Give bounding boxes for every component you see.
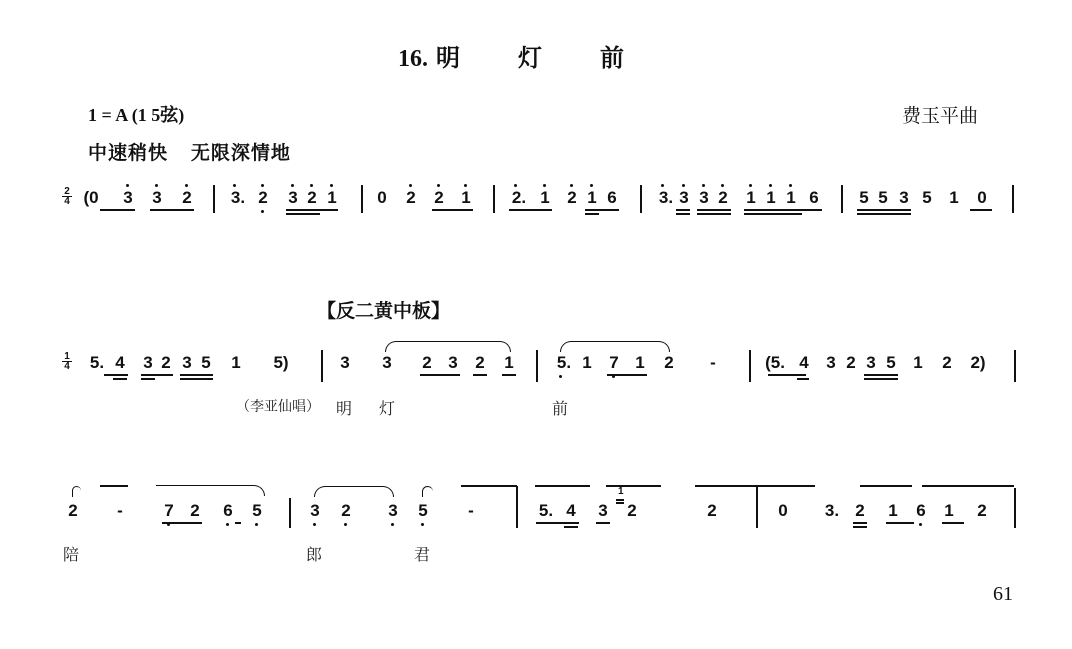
composer-credit: 费玉平曲 xyxy=(902,101,978,128)
note: 1 xyxy=(784,188,798,208)
underline xyxy=(100,209,135,211)
underline xyxy=(150,209,194,211)
note: 5. xyxy=(536,501,556,521)
tie-line xyxy=(100,485,128,487)
slur xyxy=(385,341,511,352)
underline xyxy=(564,526,578,528)
page-number: 61 xyxy=(993,583,1013,606)
underline xyxy=(864,374,898,376)
note: 1 xyxy=(502,353,516,373)
note: 6 xyxy=(221,501,235,521)
note: 3 xyxy=(150,188,164,208)
note: 2 xyxy=(705,501,719,521)
note: 1 xyxy=(886,501,900,521)
underline xyxy=(141,374,173,376)
note: 2 xyxy=(853,501,867,521)
note: 5 xyxy=(416,501,430,521)
note: 5 xyxy=(250,501,264,521)
note: 4 xyxy=(797,353,811,373)
note: 2 xyxy=(188,501,202,521)
lyric-word: 陪 xyxy=(63,542,79,565)
note: 3 xyxy=(286,188,300,208)
note: 2 xyxy=(662,353,676,373)
underline xyxy=(509,209,552,211)
singer-label: （李亚仙唱） xyxy=(236,396,320,416)
note: 2 xyxy=(159,353,173,373)
note: 3 xyxy=(864,353,878,373)
note: 6 xyxy=(914,501,928,521)
underline xyxy=(676,213,690,215)
barline xyxy=(1012,185,1014,213)
note: (0 xyxy=(78,188,104,208)
underline xyxy=(886,522,914,524)
note: 5) xyxy=(268,353,294,373)
note: 3 xyxy=(380,353,394,373)
note: 3. xyxy=(228,188,248,208)
grace-note: 1 xyxy=(618,486,624,497)
note: 2 xyxy=(940,353,954,373)
underline xyxy=(864,378,898,380)
underline xyxy=(180,374,213,376)
tie-line xyxy=(922,485,1014,487)
time-signature: 1 4 xyxy=(62,352,72,371)
note: 7 xyxy=(162,501,176,521)
note: 2 xyxy=(305,188,319,208)
lyric-word: 君 xyxy=(414,542,430,565)
note: 5 xyxy=(876,188,890,208)
underline xyxy=(857,213,911,215)
note: 3 xyxy=(308,501,322,521)
time-sig-top: 1 xyxy=(62,352,72,361)
note: 5. xyxy=(554,353,574,373)
score-line-3: 2 - 7 2 6 5 3 2 3 5 - 5. 4 3 2 1 2 0 3. … xyxy=(0,498,1072,568)
note: 2 xyxy=(66,501,80,521)
underline xyxy=(286,209,338,211)
time-sig-top: 2 xyxy=(62,187,72,196)
key-signature: 1 = A (1 5弦) xyxy=(88,101,184,127)
note: 1 xyxy=(580,353,594,373)
barline xyxy=(516,486,518,528)
note: 3 xyxy=(677,188,691,208)
note: 3 xyxy=(446,353,460,373)
underline xyxy=(420,374,460,376)
underline xyxy=(607,374,647,376)
underline xyxy=(113,378,127,380)
underline xyxy=(502,374,516,376)
note: 6 xyxy=(807,188,821,208)
note: 2 xyxy=(339,501,353,521)
note: 2 xyxy=(256,188,270,208)
barline xyxy=(493,185,495,213)
lyric-word: 前 xyxy=(552,396,568,419)
tie-line xyxy=(606,485,661,487)
barline xyxy=(289,498,291,528)
slur xyxy=(72,486,81,497)
note: 5 xyxy=(920,188,934,208)
note: 2 xyxy=(180,188,194,208)
lyric-word: 郎 xyxy=(306,542,322,565)
underline xyxy=(676,209,690,211)
underline xyxy=(744,209,822,211)
note: 1 xyxy=(942,501,956,521)
note: 3 xyxy=(141,353,155,373)
note: 2 xyxy=(432,188,446,208)
barline xyxy=(361,185,363,213)
note: - xyxy=(706,353,720,373)
barline xyxy=(536,350,538,382)
underline xyxy=(432,209,473,211)
note: 1 xyxy=(459,188,473,208)
tie-line xyxy=(461,485,517,487)
underline xyxy=(970,209,992,211)
barline xyxy=(640,185,642,213)
note: 2 xyxy=(844,353,858,373)
underline xyxy=(180,378,213,380)
note: (5. xyxy=(758,353,792,373)
note: 1 xyxy=(538,188,552,208)
underline xyxy=(697,213,731,215)
underline xyxy=(286,213,320,215)
note: 3 xyxy=(386,501,400,521)
score-line-1: 2 4 (0 3 3 2 3. 2 3 2 1 0 2 2 1 2. 1 2 1… xyxy=(0,185,1072,255)
note: 2. xyxy=(509,188,529,208)
underline xyxy=(797,378,809,380)
barline xyxy=(321,350,323,382)
note: 1 xyxy=(947,188,961,208)
section-marker: 【反二黄中板】 xyxy=(317,296,450,323)
note: 2) xyxy=(966,353,990,373)
note: 4 xyxy=(113,353,127,373)
underline xyxy=(141,378,155,380)
note: 1 xyxy=(764,188,778,208)
score-line-2: 1 4 5. 4 3 2 3 5 1 5) 3 3 2 3 2 1 5. 1 7… xyxy=(0,350,1072,420)
note: 2 xyxy=(473,353,487,373)
note: 0 xyxy=(975,188,989,208)
slur xyxy=(422,486,433,497)
note: 5 xyxy=(857,188,871,208)
note: 3 xyxy=(897,188,911,208)
underline xyxy=(853,526,867,528)
note: 3 xyxy=(180,353,194,373)
note: 1 xyxy=(229,353,243,373)
slur xyxy=(156,485,265,496)
underline xyxy=(616,499,624,501)
note: 1 xyxy=(744,188,758,208)
time-sig-bottom: 4 xyxy=(62,361,72,371)
note: 0 xyxy=(375,188,389,208)
tempo-marking: 中速稍快 无限深情地 xyxy=(88,138,291,165)
note: 3 xyxy=(338,353,352,373)
underline xyxy=(744,213,802,215)
lyric-word: 明 xyxy=(336,396,352,419)
note: 4 xyxy=(564,501,578,521)
note: 5 xyxy=(884,353,898,373)
underline xyxy=(585,209,619,211)
title-char-2: 灯 xyxy=(518,38,542,73)
underline xyxy=(596,522,610,524)
note: 3 xyxy=(121,188,135,208)
note: 2 xyxy=(625,501,639,521)
note: 7 xyxy=(607,353,621,373)
underline xyxy=(857,209,911,211)
underline xyxy=(536,522,579,524)
note: 5 xyxy=(199,353,213,373)
title-char-1: 明 xyxy=(436,38,460,73)
song-number: 16. xyxy=(398,46,428,73)
underline xyxy=(473,374,487,376)
note: 2 xyxy=(716,188,730,208)
note: 3. xyxy=(656,188,676,208)
barline xyxy=(1014,488,1016,528)
note: 3 xyxy=(697,188,711,208)
note: 2 xyxy=(565,188,579,208)
underline xyxy=(853,522,867,524)
note: 1 xyxy=(911,353,925,373)
underline xyxy=(585,213,599,215)
tie-line xyxy=(695,485,815,487)
note: 3 xyxy=(596,501,610,521)
underline xyxy=(616,502,624,504)
tie-line xyxy=(535,485,590,487)
note: 1 xyxy=(585,188,599,208)
underline xyxy=(104,374,128,376)
note: 2 xyxy=(975,501,989,521)
lyric-word: 灯 xyxy=(379,396,395,419)
tie-line xyxy=(860,485,912,487)
time-sig-bottom: 4 xyxy=(62,196,72,206)
barline xyxy=(1014,350,1016,382)
barline xyxy=(756,486,758,528)
title-char-3: 前 xyxy=(600,38,624,73)
underline xyxy=(235,522,241,524)
barline xyxy=(213,185,215,213)
slur xyxy=(314,486,394,497)
note: 1 xyxy=(325,188,339,208)
underline xyxy=(942,522,964,524)
note: 5. xyxy=(86,353,108,373)
note: - xyxy=(113,501,127,521)
note: 1 xyxy=(633,353,647,373)
barline xyxy=(749,350,751,382)
note: 0 xyxy=(776,501,790,521)
note: 3 xyxy=(824,353,838,373)
note: 2 xyxy=(420,353,434,373)
slur xyxy=(560,341,670,352)
song-title: 16. 明 灯 前 xyxy=(398,38,624,73)
underline xyxy=(697,209,731,211)
time-signature: 2 4 xyxy=(62,187,72,206)
note: 6 xyxy=(605,188,619,208)
underline xyxy=(768,374,806,376)
barline xyxy=(841,185,843,213)
note: 3. xyxy=(822,501,842,521)
underline xyxy=(162,522,202,524)
note: - xyxy=(464,501,478,521)
note: 2 xyxy=(404,188,418,208)
